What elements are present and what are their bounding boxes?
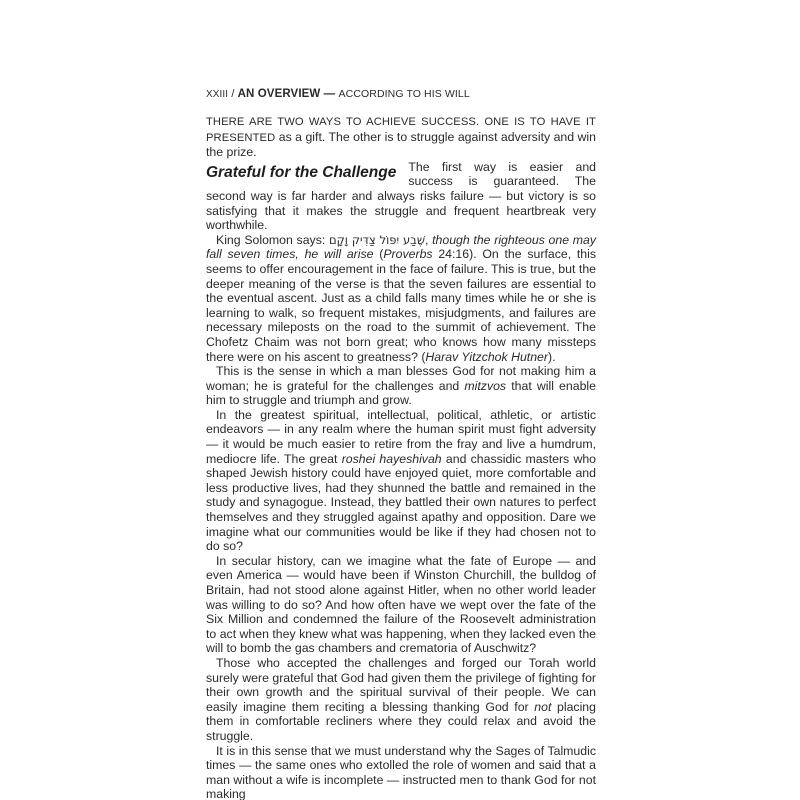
hebrew-verse: שֶׁבַע יִפּוֹל צַדִּיק וָקָם [329,233,425,247]
running-head-separator: / [228,88,237,100]
text-run: King Solomon says: [216,233,329,247]
italic-term: roshei hayeshivah [342,452,442,466]
italic-term: mitzvos [464,379,506,393]
paragraph-1: THERE ARE TWO WAYS TO ACHIEVE SUCCESS. O… [206,114,596,233]
paragraph-3: This is the sense in which a man blesses… [206,364,596,408]
text-run: ). [548,350,556,364]
source-attribution: Harav Yitzchok Hutner [425,350,548,364]
book-page: XXIII / AN OVERVIEW — ACCORDING TO HIS W… [206,87,596,800]
text-run: ( [374,247,384,261]
paragraph-4: In the greatest spiritual, intellectual,… [206,408,596,554]
running-head-dash: — [320,88,338,100]
paragraph-7: It is in this sense that we must underst… [206,744,596,800]
verse-reference-book: Proverbs [383,247,432,261]
paragraph-2: King Solomon says: שֶׁבַע יִפּוֹל צַדִּי… [206,233,596,364]
paragraph-6: Those who accepted the challenges and fo… [206,656,596,744]
page-number: XXIII [206,89,228,100]
text-run: and chassidic masters who shaped Jewish … [206,452,596,554]
side-heading: Grateful for the Challenge [206,164,396,182]
text-run: 24:16). On the surface, this seems to of… [206,247,596,363]
paragraph-5: In secular history, can we imagine what … [206,554,596,656]
running-head: XXIII / AN OVERVIEW — ACCORDING TO HIS W… [206,87,596,102]
section-title: AN OVERVIEW [238,88,321,100]
italic-emphasis: not [534,700,551,714]
chapter-subtitle: ACCORDING TO HIS WILL [339,88,470,100]
